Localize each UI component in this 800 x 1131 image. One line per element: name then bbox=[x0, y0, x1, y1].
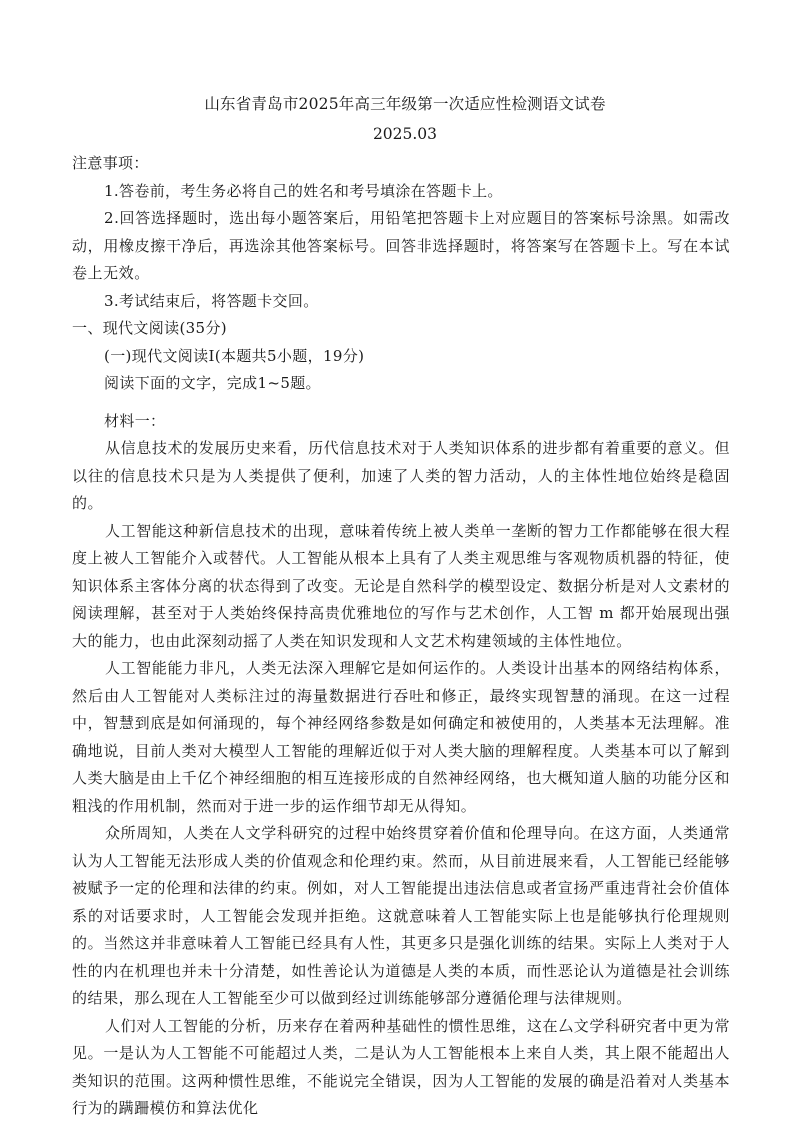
notice-item-3: 3.考试结束后，将答题卡交回。 bbox=[72, 288, 730, 316]
section-heading: 一、现代文阅读(35分) bbox=[72, 315, 730, 343]
notice-heading: 注意事项： bbox=[72, 150, 730, 178]
material-label: 材料一： bbox=[72, 408, 730, 436]
material-paragraph-2: 人工智能这种新信息技术的出现，意味着传统上被人类单一垄断的智力工作都能够在很大程… bbox=[72, 518, 730, 656]
material-paragraph-5: 人们对人工智能的分析，历来存在着两种基础性的惯性思维，这在厶文学科研究者中更为常… bbox=[72, 1013, 730, 1123]
material-paragraph-1: 从信息技术的发展历史来看，历代信息技术对于人类知识体系的进步都有着重要的意义。但… bbox=[72, 435, 730, 518]
material-paragraph-4: 众所周知，人类在人文学科研究的过程中始终贯穿着价值和伦理导向。在这方面，人类通常… bbox=[72, 820, 730, 1013]
document-date: 2025.03 bbox=[72, 124, 730, 144]
exam-page: 山东省青岛市2025年高三年级第一次适应性检测语文试卷 2025.03 注意事项… bbox=[72, 94, 730, 1123]
section-subheading: (一)现代文阅读Ⅰ(本题共5小题，19分) bbox=[72, 343, 730, 371]
material-paragraph-3: 人工智能能力非凡，人类无法深入理解它是如何运作的。人类设计出基本的网络结构体系，… bbox=[72, 655, 730, 820]
section-instruction: 阅读下面的文字，完成1~5题。 bbox=[72, 370, 730, 398]
notice-item-2: 2.回答选择题时，选出每小题答案后，用铅笔把答题卡上对应题目的答案标号涂黑。如需… bbox=[72, 205, 730, 288]
document-title: 山东省青岛市2025年高三年级第一次适应性检测语文试卷 bbox=[72, 94, 730, 114]
notice-item-1: 1.答卷前，考生务必将自己的姓名和考号填涂在答题卡上。 bbox=[72, 178, 730, 206]
